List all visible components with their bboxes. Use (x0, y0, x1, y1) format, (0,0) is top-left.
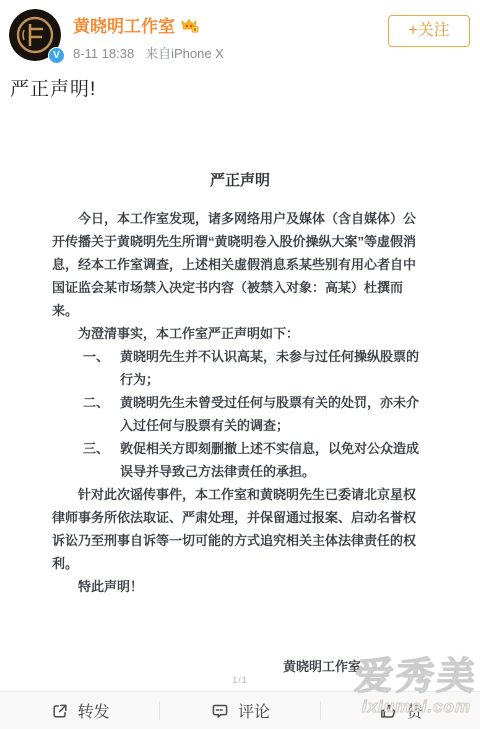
statement-title: 严正声明 (52, 171, 428, 191)
avatar[interactable]: V (9, 9, 63, 63)
repost-button[interactable]: 转发 (0, 692, 159, 729)
like-label: 赞 (406, 699, 422, 722)
item-text: 黄晓明先生未曾受过任何与股票有关的处罚，亦未介入过任何与股票有关的调查； (120, 391, 428, 437)
name-column: 黄晓明工作室 6 8-11 18:38 来自iPhone X (73, 9, 224, 63)
timestamp: 8-11 18:38 (73, 46, 134, 61)
statement-image[interactable]: 严正声明 今日，本工作室发现，诸多网络用户及媒体（含自媒体）公开传播关于黄晓明先… (0, 101, 480, 710)
repost-icon (50, 701, 70, 721)
item-text: 敦促相关方即刻删撤上述不实信息，以免对公众造成误导并导致己方法律责任的承担。 (120, 437, 428, 483)
thumbs-up-icon (378, 701, 398, 721)
action-bar: 转发 评论 赞 (0, 691, 480, 729)
item-text: 黄晓明先生并不认识高某，未参与过任何操纵股票的行为； (120, 345, 428, 391)
statement-item-2: 二、 黄晓明先生未曾受过任何与股票有关的处罚，亦未介入过任何与股票有关的调查； (52, 391, 428, 437)
username[interactable]: 黄晓明工作室 (73, 12, 175, 37)
follow-button[interactable]: +关注 (388, 15, 470, 47)
weibo-post-page: V 黄晓明工作室 6 8-11 18:38 来自iPhone (0, 0, 480, 729)
item-marker: 二、 (83, 391, 120, 437)
image-page-indicator: 1/1 (0, 675, 480, 685)
statement-paragraph-1: 今日，本工作室发现，诸多网络用户及媒体（含自媒体）公开传播关于黄晓明先生所谓“黄… (52, 207, 428, 322)
svg-text:6: 6 (194, 27, 197, 32)
post-header: V 黄晓明工作室 6 8-11 18:38 来自iPhone (0, 0, 480, 63)
verified-icon: V (48, 47, 65, 64)
comment-icon (210, 701, 230, 721)
statement-paragraph-2: 为澄清事实，本工作室严正声明如下： (52, 322, 428, 345)
statement-item-1: 一、 黄晓明先生并不认识高某，未参与过任何操纵股票的行为； (52, 345, 428, 391)
post-text: 严正声明! (10, 74, 470, 101)
comment-button[interactable]: 评论 (160, 692, 319, 729)
statement-list: 一、 黄晓明先生并不认识高某，未参与过任何操纵股票的行为； 二、 黄晓明先生未曾… (52, 345, 428, 483)
item-marker: 三、 (83, 437, 120, 483)
source-device: 来自iPhone X (145, 46, 224, 61)
repost-label: 转发 (78, 699, 110, 722)
statement-item-3: 三、 敦促相关方即刻删撤上述不实信息，以免对公众造成误导并导致己方法律责任的承担… (52, 437, 428, 483)
statement-closing: 特此声明！ (52, 575, 428, 598)
item-marker: 一、 (83, 345, 120, 391)
post-meta: 8-11 18:38 来自iPhone X (73, 43, 224, 62)
vip-crown-icon: 6 (180, 17, 199, 33)
comment-label: 评论 (238, 699, 270, 722)
like-button[interactable]: 赞 (321, 692, 480, 729)
statement-paragraph-3: 针对此次谣传事件，本工作室和黄晓明先生已委请北京星权律师事务所依法取证、严肃处理… (52, 483, 428, 575)
